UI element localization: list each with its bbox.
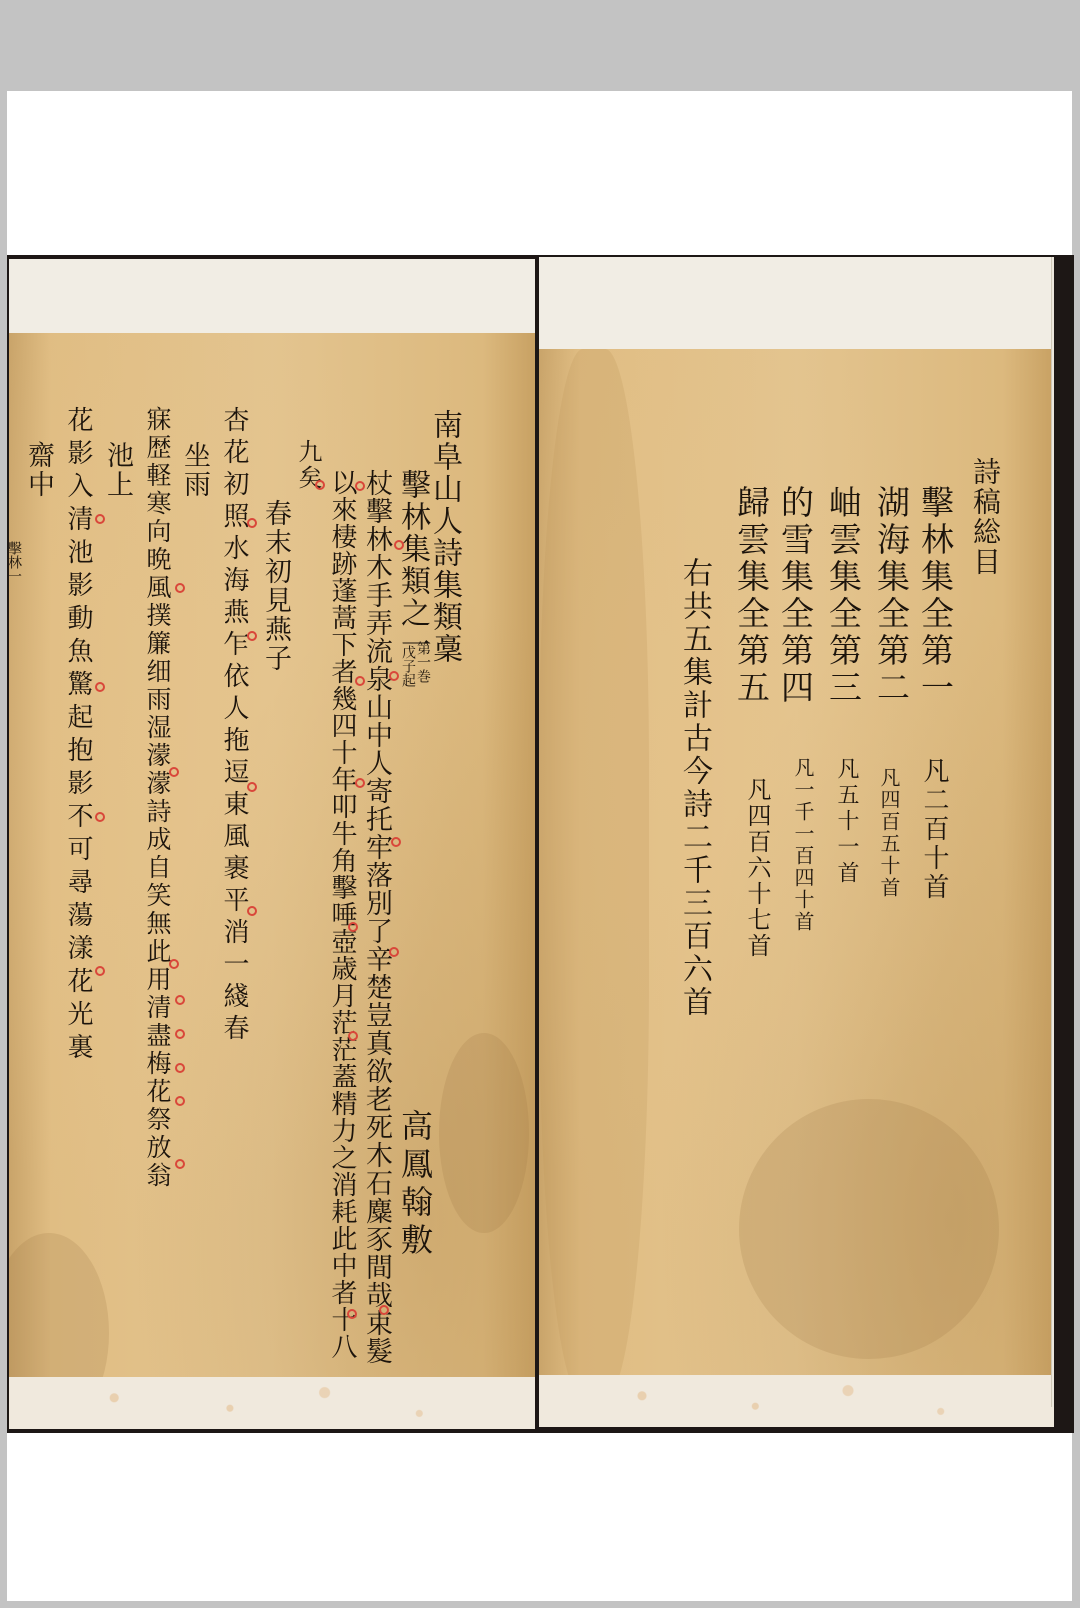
punctuation-mark — [348, 1031, 358, 1041]
toc-entry-2-count: 凡四百五十首 — [879, 767, 899, 899]
punctuation-mark — [175, 1063, 185, 1073]
author-name: 高鳳翰敷 — [399, 1109, 431, 1261]
poem-title-2: 坐雨 — [181, 441, 208, 499]
toc-entry-1-collection: 擊林集全第一 — [919, 485, 952, 707]
punctuation-mark — [348, 922, 358, 932]
margin-label: 擊林一 — [9, 541, 21, 583]
volume-note-top: 第一巻 — [416, 641, 430, 683]
toc-summary: 右共五集計古今詩二千三百六首 — [679, 557, 709, 1019]
left-page: 南阜山人詩集類稾 擊林集類之一 第一巻 戊子起 杖擊林木手弄流泉山中人寄托牢落別… — [9, 259, 535, 1429]
punctuation-mark — [355, 481, 365, 491]
toc-entry-3-collection: 岫雲集全第三 — [827, 485, 860, 707]
toc-entry-1-count: 凡二百十首 — [921, 757, 947, 902]
toc-entry-5-collection: 歸雲集全第五 — [735, 485, 768, 707]
punctuation-mark — [315, 480, 325, 490]
punctuation-mark — [175, 1029, 185, 1039]
book-title: 南阜山人詩集類稾 — [429, 409, 459, 665]
preface-line-2: 以來棲跡蓬蒿下者幾四十年叩牛角擊唾壺歳月茫茫蓋精力之消耗此中者十八 — [329, 469, 355, 1360]
left-page-top-margin — [9, 259, 535, 339]
right-page-bottom-margin — [539, 1375, 1054, 1427]
punctuation-mark — [95, 812, 105, 822]
poem-title-1: 春末初見燕子 — [262, 499, 289, 673]
punctuation-mark — [355, 778, 365, 788]
punctuation-mark — [347, 1309, 357, 1319]
volume-heading: 擊林集類之一 — [397, 469, 427, 661]
punctuation-mark — [247, 518, 257, 528]
poem-text-1: 杏花初照水海燕乍依人拖逗東風裹平消一綫春 — [221, 406, 247, 1046]
punctuation-mark — [95, 514, 105, 524]
punctuation-mark — [394, 540, 404, 550]
punctuation-mark — [389, 671, 399, 681]
left-page-bottom-margin — [9, 1377, 535, 1429]
punctuation-mark — [379, 1305, 389, 1315]
punctuation-mark — [391, 837, 401, 847]
punctuation-mark — [389, 947, 399, 957]
toc-entry-3-count: 凡五十一首 — [835, 757, 857, 887]
toc-entry-4-collection: 的雪集全第四 — [779, 485, 812, 707]
punctuation-mark — [175, 1159, 185, 1169]
punctuation-mark — [169, 767, 179, 777]
poem-title-3: 池上 — [104, 441, 131, 499]
page-edge — [1051, 257, 1054, 1407]
punctuation-mark — [175, 583, 185, 593]
right-page-top-margin — [539, 257, 1054, 353]
punctuation-mark — [175, 1096, 185, 1106]
punctuation-mark — [169, 959, 179, 969]
right-page: 詩稿総目 擊林集全第一 凡二百十首 湖海集全第二 凡四百五十首 岫雲集全第三 凡… — [539, 257, 1054, 1427]
volume-note-bottom: 戊子起 — [401, 645, 415, 687]
preface-line-1: 杖擊林木手弄流泉山中人寄托牢落別了辛楚豈真欲老死木石麋豕間哉束髮 — [363, 469, 390, 1365]
toc-title: 詩稿総目 — [971, 457, 999, 577]
poem-title-4: 齋中 — [25, 441, 52, 499]
punctuation-mark — [175, 995, 185, 1005]
punctuation-mark — [247, 906, 257, 916]
punctuation-mark — [355, 676, 365, 686]
punctuation-mark — [95, 682, 105, 692]
book-spread: 南阜山人詩集類稾 擊林集類之一 第一巻 戊子起 杖擊林木手弄流泉山中人寄托牢落別… — [7, 255, 1074, 1433]
punctuation-mark — [95, 966, 105, 976]
poem-text-2: 寐歴軽寒向晩風撲簾细雨湿濛濛詩成自笑無此用清盡梅花祭放翁 — [145, 406, 170, 1190]
toc-entry-4-count: 凡一千一百四十首 — [793, 757, 813, 933]
toc-entry-2-collection: 湖海集全第二 — [875, 485, 908, 707]
toc-entry-5-count: 凡四百六十七首 — [745, 777, 769, 959]
punctuation-mark — [247, 631, 257, 641]
poem-text-3: 花影入清池影動魚驚起抱影不可尋蕩漾花光裏 — [65, 406, 91, 1066]
punctuation-mark — [247, 782, 257, 792]
